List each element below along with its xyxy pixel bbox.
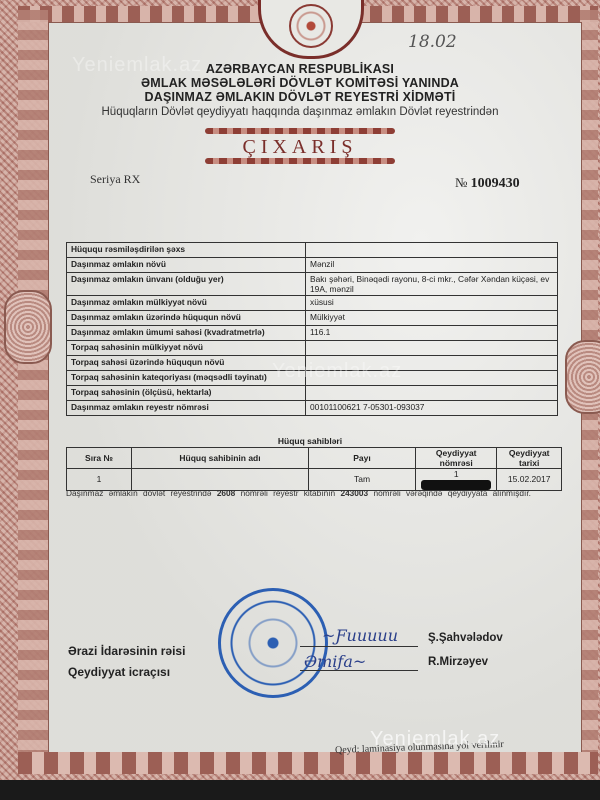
info-value: Mülkiyyət	[306, 311, 558, 326]
guilloche-border-bottom	[18, 752, 598, 774]
owners-cell-index: 1	[67, 469, 132, 491]
guilloche-border-left	[18, 10, 48, 770]
info-row: Daşınmaz əmlakın ünvanı (olduğu yer)Bakı…	[67, 273, 558, 296]
info-label: Torpaq sahəsinin mülkiyyət növü	[67, 341, 306, 356]
watermark: Yeniemlak.az	[370, 728, 500, 751]
info-label: Daşınmaz əmlakın reyestr nömrəsi	[67, 401, 306, 416]
registry-book-number: 2608	[217, 488, 235, 498]
header-line-3: DAŞINMAZ ƏMLAKIN DÖVLƏT REYESTRİ XİDMƏTİ	[0, 90, 600, 104]
info-row: Daşınmaz əmlakın mülkiyyət növüxüsusi	[67, 296, 558, 311]
banner-ornament-top	[205, 128, 395, 134]
signature-2: Əmiƒa~	[304, 652, 366, 671]
signatory-role-1: Ərazi İdarəsinin rəisi	[68, 644, 185, 658]
watermark: Yeniemlak.az	[272, 360, 402, 383]
registry-text-2: nömrəli reyestr kitabının	[241, 488, 336, 498]
signature-1: ~Ƒuuuuu	[322, 626, 398, 645]
series-label: Seriya RX	[90, 172, 140, 187]
owners-table: Sıra №Hüquq sahibinin adıPayıQeydiyyat n…	[66, 447, 562, 491]
info-value	[306, 243, 558, 258]
owners-row: 1Tam115.02.2017	[67, 469, 562, 491]
info-row: Torpaq sahəsinin mülkiyyət növü	[67, 341, 558, 356]
info-value: Bakı şəhəri, Binəqədi rayonu, 8-ci mkr.,…	[306, 273, 558, 296]
owners-cell-reg-number: 1	[416, 469, 497, 491]
info-label: Torpaq sahəsinin (ölçüsü, hektarla)	[67, 386, 306, 401]
info-value: xüsusi	[306, 296, 558, 311]
owners-column-header: Qeydiyyat tarixi	[497, 448, 562, 469]
info-label: Daşınmaz əmlakın növü	[67, 258, 306, 273]
info-label: Torpaq sahəsinin kateqoriyası (məqsədli …	[67, 371, 306, 386]
info-value: 116.1	[306, 326, 558, 341]
signature-line-1	[300, 646, 418, 647]
emblem-seal-icon	[289, 4, 333, 48]
info-row: Daşınmaz əmlakın üzərində hüququn növüMü…	[67, 311, 558, 326]
info-row: Hüququ rəsmiləşdirilən şəxs	[67, 243, 558, 258]
info-value: Mənzil	[306, 258, 558, 273]
info-label: Torpaq sahəsi üzərində hüququn növü	[67, 356, 306, 371]
owners-value-reg-date: 15.02.2017	[508, 474, 551, 484]
info-label: Hüququ rəsmiləşdirilən şəxs	[67, 243, 306, 258]
rosette-ornament-left	[4, 290, 52, 364]
info-row: Daşınmaz əmlakın reyestr nömrəsi00101100…	[67, 401, 558, 416]
owners-column-header: Payı	[309, 448, 416, 469]
number-prefix: №	[455, 175, 467, 190]
document-number: № 1009430	[455, 175, 520, 192]
signatory-name-2: R.Mirzəyev	[428, 656, 488, 668]
header-line-2: ƏMLAK MƏSƏLƏLƏRİ DÖVLƏT KOMİTƏSİ YANINDA	[0, 76, 600, 90]
document-title: ÇIXARIŞ	[205, 136, 395, 159]
registry-statement: Daşınmaz əmlakın dövlət reyestrində 2608…	[66, 488, 566, 499]
info-label: Daşınmaz əmlakın mülkiyyət növü	[67, 296, 306, 311]
rosette-ornament-right	[565, 340, 600, 414]
signatory-name-1: Ş.Şahvələdov	[428, 632, 503, 644]
info-row: Daşınmaz əmlakın növüMənzil	[67, 258, 558, 273]
handwritten-note: 18.02	[408, 32, 457, 52]
registry-text-1: Daşınmaz əmlakın dövlət reyestrində	[66, 488, 212, 498]
number-value: 1009430	[471, 176, 520, 191]
watermark: Yeniemlak.az	[72, 54, 202, 77]
header-subtitle: Hüquqların Dövlət qeydiyyatı haqqında da…	[0, 106, 600, 118]
owners-value-reg-number: 1	[454, 469, 459, 479]
owners-cell-reg-date: 15.02.2017	[497, 469, 562, 491]
owners-column-header: Sıra №	[67, 448, 132, 469]
info-row: Daşınmaz əmlakın ümumi sahəsi (kvadratme…	[67, 326, 558, 341]
owners-value-index: 1	[97, 474, 102, 484]
registry-page-number: 243003	[340, 488, 368, 498]
property-info-table: Hüququ rəsmiləşdirilən şəxsDaşınmaz əmla…	[66, 242, 558, 416]
info-label: Daşınmaz əmlakın ümumi sahəsi (kvadratme…	[67, 326, 306, 341]
banner-ornament-bottom	[205, 158, 395, 164]
registry-text-3: nömrəli vərəqində qeydiyyata alınmışdır.	[373, 488, 531, 498]
info-label: Daşınmaz əmlakın ünvanı (olduğu yer)	[67, 273, 306, 296]
signatory-role-2: Qeydiyyat icraçısı	[68, 665, 170, 679]
info-value: 00101100621 7-05301-093037	[306, 401, 558, 416]
owners-column-header: Qeydiyyat nömrəsi	[416, 448, 497, 469]
owners-column-header: Hüquq sahibinin adı	[132, 448, 309, 469]
owners-title: Hüquq sahibləri	[0, 436, 600, 446]
owners-cell-name	[132, 469, 309, 491]
info-value	[306, 386, 558, 401]
owners-cell-share: Tam	[309, 469, 416, 491]
info-row: Torpaq sahəsinin (ölçüsü, hektarla)	[67, 386, 558, 401]
owners-value-share: Tam	[354, 474, 370, 484]
official-stamp	[218, 588, 328, 698]
info-label: Daşınmaz əmlakın üzərində hüququn növü	[67, 311, 306, 326]
info-value	[306, 341, 558, 356]
title-banner: ÇIXARIŞ	[205, 128, 395, 164]
